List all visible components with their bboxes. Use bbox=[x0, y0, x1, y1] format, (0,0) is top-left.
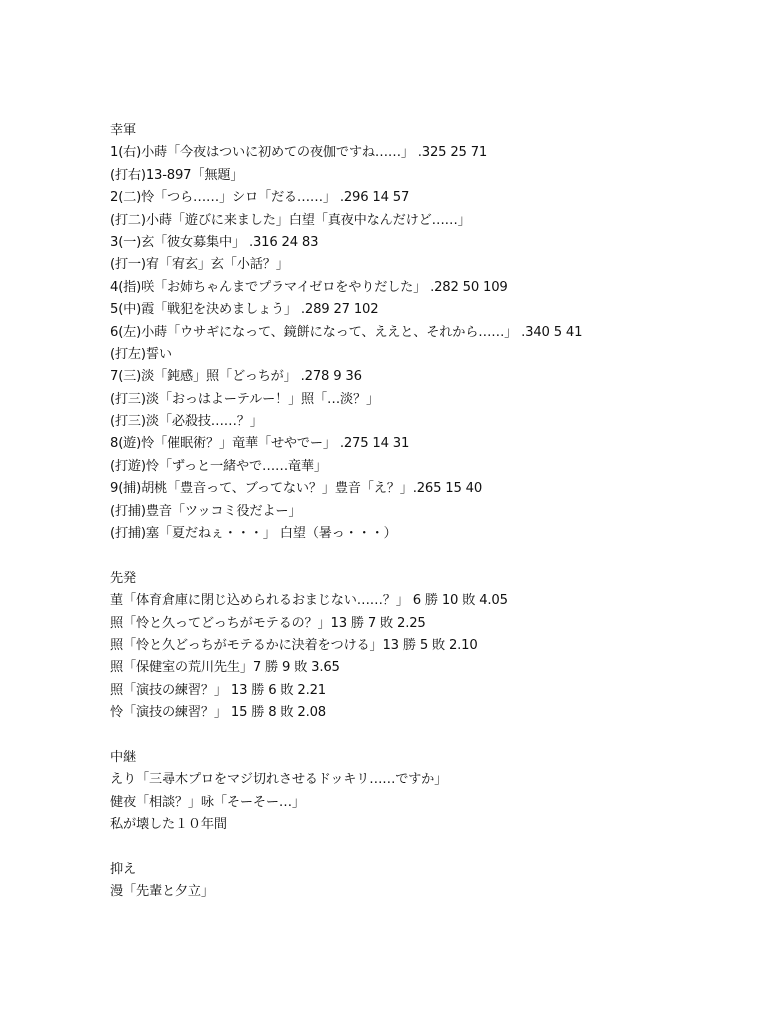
section-heading: 幸軍 bbox=[110, 120, 730, 142]
lineup-line: 6(左)小蒔「ウサギになって、鏡餅になって、ええと、それから……」 .340 5… bbox=[110, 322, 730, 344]
lineup-line: 1(右)小蒔「今夜はついに初めての夜伽ですね……」 .325 25 71 bbox=[110, 142, 730, 164]
starter-line: 照「怜と久どっちがモテるかに決着をつける」13 勝 5 敗 2.10 bbox=[110, 635, 730, 657]
document-body: 幸軍 1(右)小蒔「今夜はついに初めての夜伽ですね……」 .325 25 71 … bbox=[110, 120, 730, 904]
lineup-line: 9(捕)胡桃「豊音って、ブってない？」豊音「え？」.265 15 40 bbox=[110, 478, 730, 500]
lineup-line: (打三)淡「必殺技……？」 bbox=[110, 411, 730, 433]
lineup-line: 3(一)玄「彼女募集中」 .316 24 83 bbox=[110, 232, 730, 254]
lineup-line: 5(中)霞「戦犯を決めましょう」 .289 27 102 bbox=[110, 299, 730, 321]
lineup-line: (打遊)怜「ずっと一緒やで……竜華」 bbox=[110, 456, 730, 478]
lineup-line: (打二)小蒔「遊びに来ました」白望「真夜中なんだけど……」 bbox=[110, 210, 730, 232]
reliever-line: 私が壊した１０年間 bbox=[110, 814, 730, 836]
section-starters: 先発 菫「体育倉庫に閉じ込められるおまじない……？」 6 勝 10 敗 4.05… bbox=[110, 568, 730, 725]
starter-line: 菫「体育倉庫に閉じ込められるおまじない……？」 6 勝 10 敗 4.05 bbox=[110, 590, 730, 612]
lineup-line: 7(三)淡「鈍感」照「どっちが」 .278 9 36 bbox=[110, 366, 730, 388]
spacer bbox=[110, 837, 730, 859]
lineup-line: (打捕)豊音「ツッコミ役だよー」 bbox=[110, 501, 730, 523]
lineup-line: (打左)誓い bbox=[110, 344, 730, 366]
lineup-line: 2(二)怜「つら……」シロ「だる……」 .296 14 57 bbox=[110, 187, 730, 209]
section-heading: 中継 bbox=[110, 747, 730, 769]
lineup-line: 8(遊)怜「催眠術？」竜華「せやでー」 .275 14 31 bbox=[110, 433, 730, 455]
starter-line: 怜「演技の練習？」 15 勝 8 敗 2.08 bbox=[110, 702, 730, 724]
reliever-line: 健夜「相談？」咏「そーそー…」 bbox=[110, 792, 730, 814]
section-closer: 抑え 漫「先輩と夕立」 bbox=[110, 859, 730, 904]
spacer bbox=[110, 545, 730, 567]
starter-line: 照「保健室の荒川先生」7 勝 9 敗 3.65 bbox=[110, 657, 730, 679]
spacer bbox=[110, 725, 730, 747]
section-heading: 抑え bbox=[110, 859, 730, 881]
section-relievers: 中継 えり「三尋木プロをマジ切れさせるドッキリ……ですか」 健夜「相談？」咏「そ… bbox=[110, 747, 730, 837]
lineup-line: (打捕)塞「夏だねぇ・・・」 白望（暑っ・・・） bbox=[110, 523, 730, 545]
starter-line: 照「怜と久ってどっちがモテるの？」13 勝 7 敗 2.25 bbox=[110, 613, 730, 635]
lineup-line: 4(指)咲「お姉ちゃんまでプラマイゼロをやりだした」 .282 50 109 bbox=[110, 277, 730, 299]
starter-line: 照「演技の練習？」 13 勝 6 敗 2.21 bbox=[110, 680, 730, 702]
lineup-line: (打三)淡「おっはよーテルー！」照「…淡？」 bbox=[110, 389, 730, 411]
reliever-line: えり「三尋木プロをマジ切れさせるドッキリ……ですか」 bbox=[110, 769, 730, 791]
lineup-line: (打一)宥「宥玄」玄「小話？」 bbox=[110, 254, 730, 276]
section-lineup: 幸軍 1(右)小蒔「今夜はついに初めての夜伽ですね……」 .325 25 71 … bbox=[110, 120, 730, 545]
closer-line: 漫「先輩と夕立」 bbox=[110, 881, 730, 903]
lineup-line: (打右)13-897「無題」 bbox=[110, 165, 730, 187]
section-heading: 先発 bbox=[110, 568, 730, 590]
